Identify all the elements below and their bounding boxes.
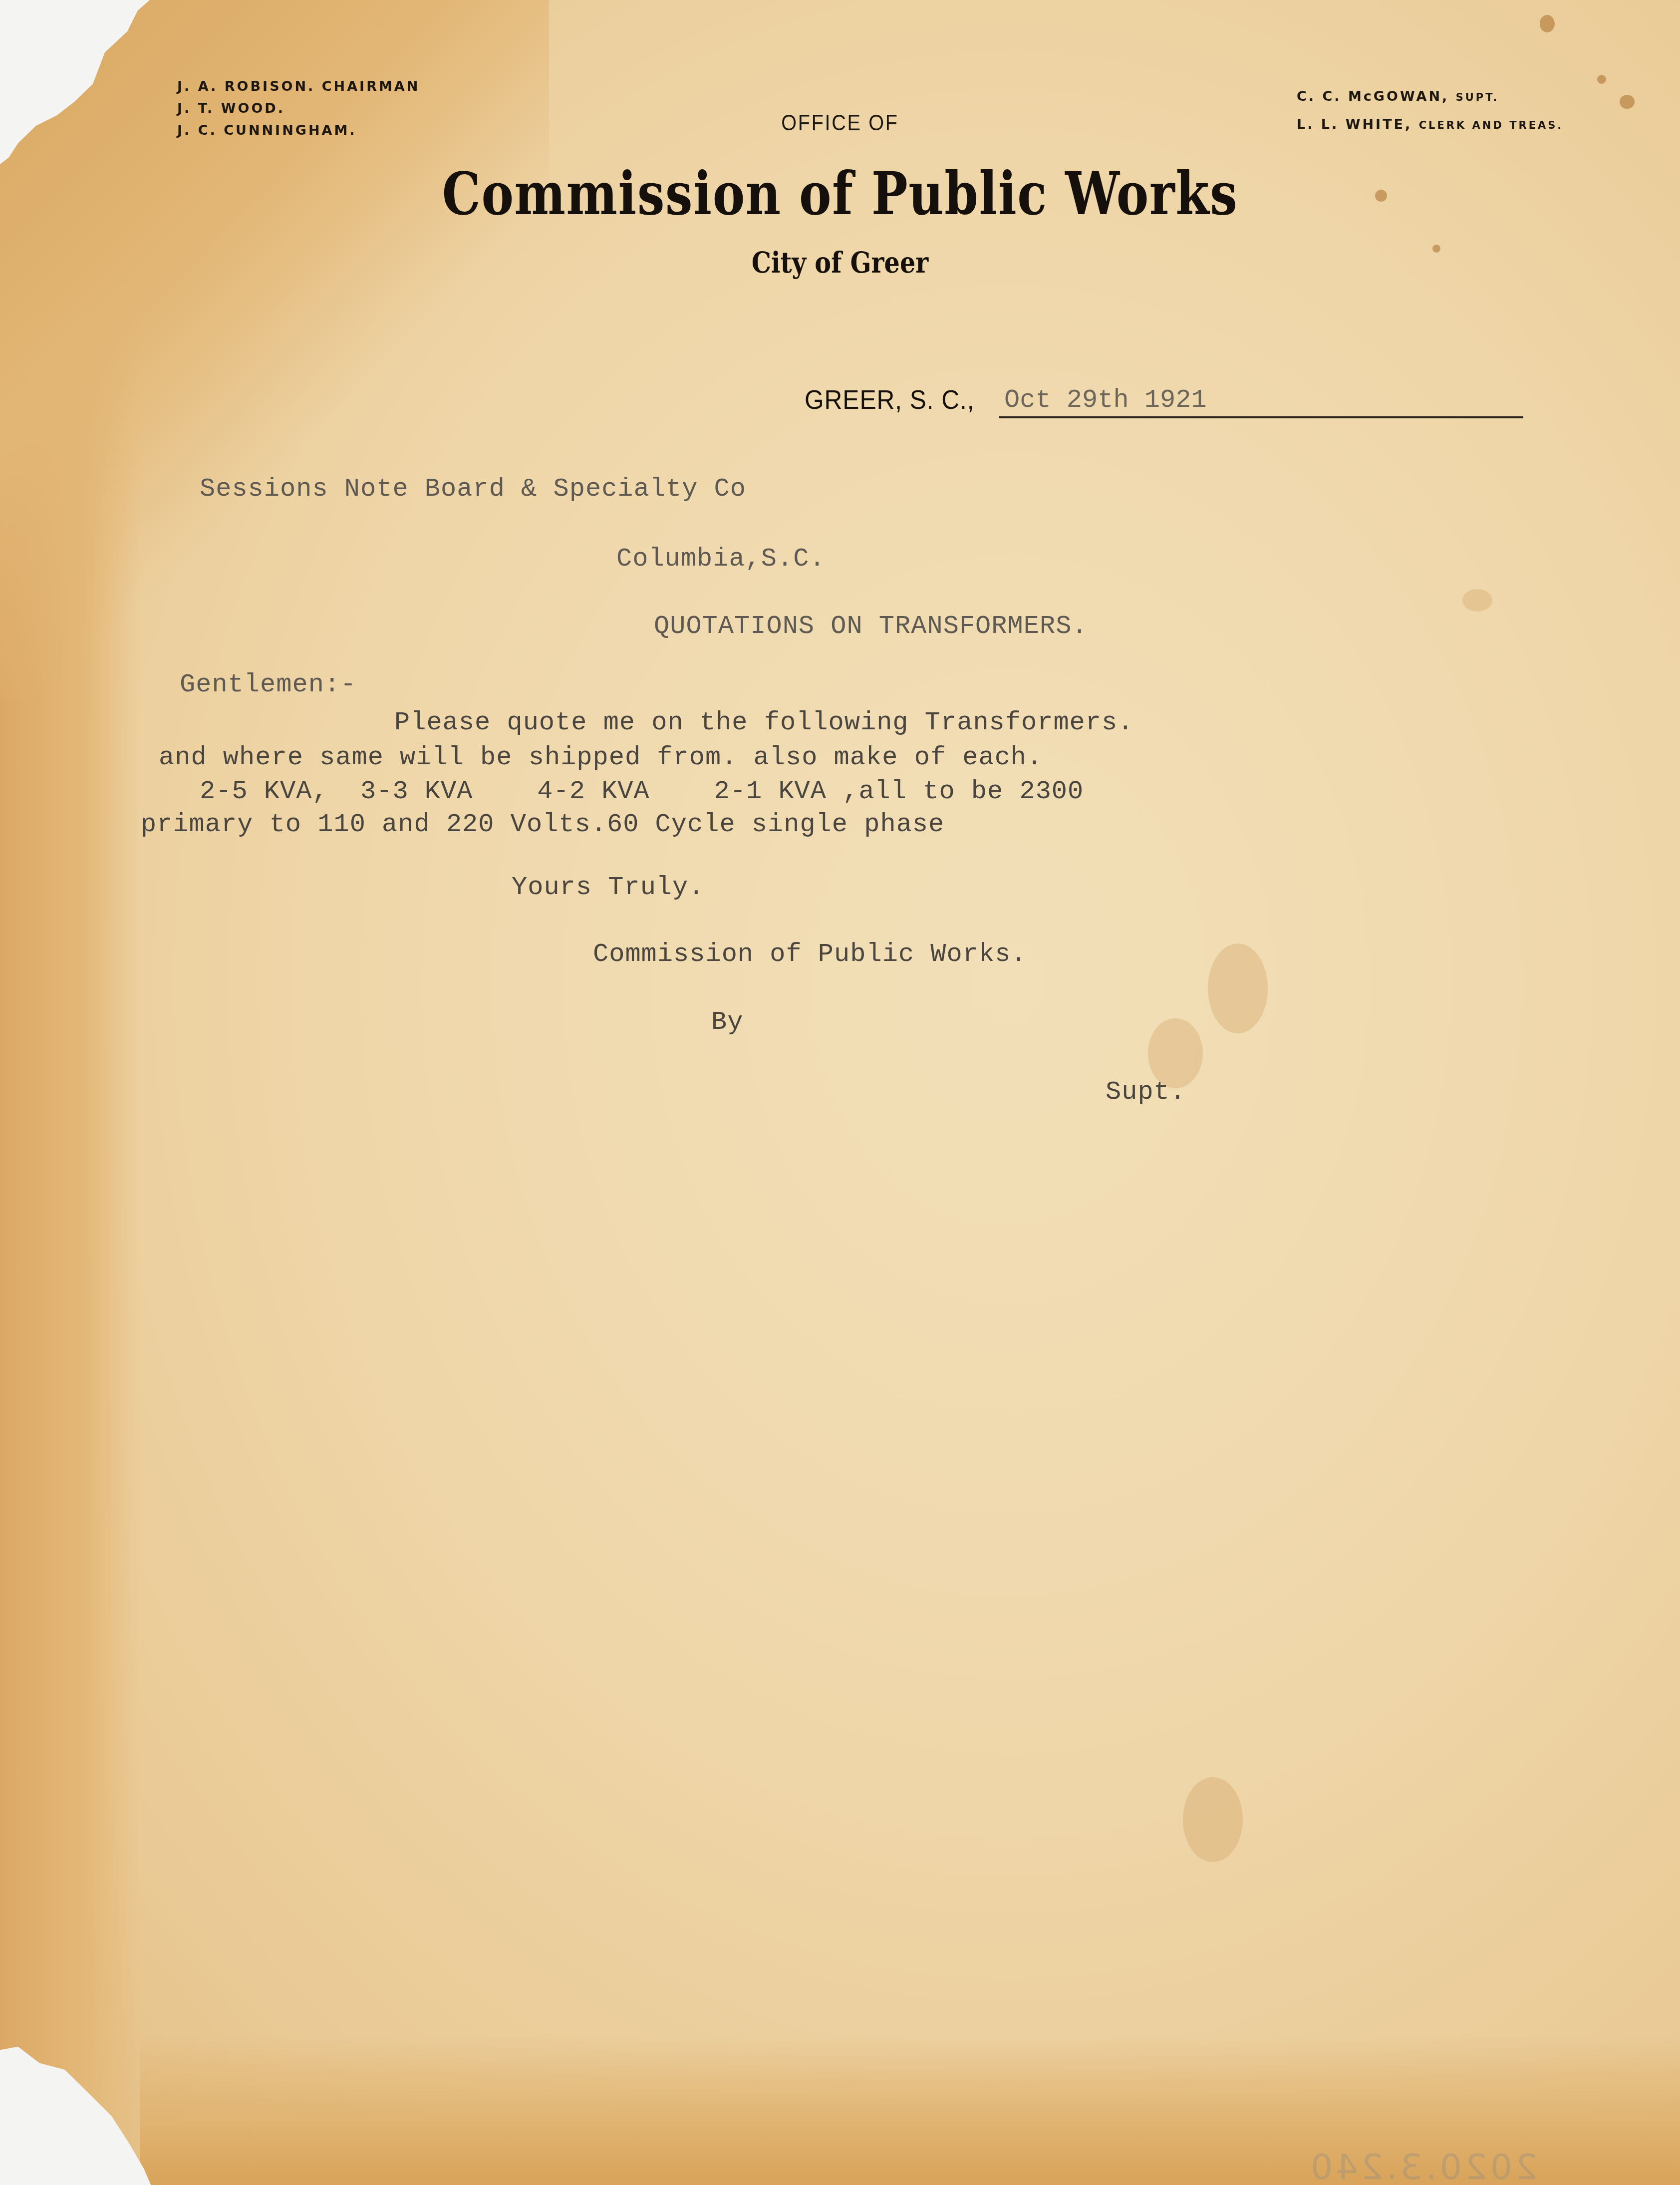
rust-stain [1597, 75, 1606, 84]
officer-chairman: J. A. ROBISON. CHAIRMAN [177, 80, 420, 93]
water-stain [1462, 589, 1492, 612]
dateline-place: GREER, S. C., [805, 384, 974, 415]
letterhead-city: City of Greer [126, 246, 1554, 280]
officer-superintendent: C. C. McGOWAN, SUPT. [1297, 90, 1499, 103]
body-line: primary to 110 and 220 Volts.60 Cycle si… [141, 810, 944, 839]
signature-organization: Commission of Public Works. [593, 939, 1027, 969]
officer-name: J. A. ROBISON. [177, 79, 315, 94]
officer-role: CHAIRMAN [322, 79, 420, 94]
water-stain [1208, 943, 1268, 1033]
body-line: and where same will be shipped from. als… [159, 743, 1043, 772]
officer-name: C. C. McGOWAN, [1297, 89, 1449, 104]
signature-by: By [711, 1007, 743, 1037]
rust-stain [1540, 15, 1555, 32]
rust-stain [1620, 95, 1635, 109]
salutation: Gentlemen:- [180, 670, 356, 699]
accession-number-bleed-through: 2020.3.240 [1308, 2147, 1538, 2185]
body-line: 2-5 KVA, 3-3 KVA 4-2 KVA 2-1 KVA ,all to… [200, 777, 1084, 806]
dateline-date: Oct 29th 1921 [1004, 385, 1207, 415]
signature-title: Supt. [1106, 1077, 1186, 1107]
dateline-rule [999, 416, 1523, 418]
addressee-name: Sessions Note Board & Specialty Co [200, 474, 746, 504]
water-stain [1183, 1777, 1243, 1862]
officer-role: SUPT. [1456, 91, 1499, 103]
letterhead-title: Commission of Public Works [151, 159, 1529, 228]
subject-line: QUOTATIONS ON TRANSFORMERS. [654, 612, 1088, 641]
addressee-city: Columbia,S.C. [616, 544, 826, 574]
office-of-label: OFFICE OF [84, 111, 1596, 136]
body-line: Please quote me on the following Transfo… [394, 708, 1133, 737]
complimentary-close: Yours Truly. [512, 873, 704, 902]
dateline: GREER, S. C., Oct 29th 1921 [805, 384, 1523, 419]
